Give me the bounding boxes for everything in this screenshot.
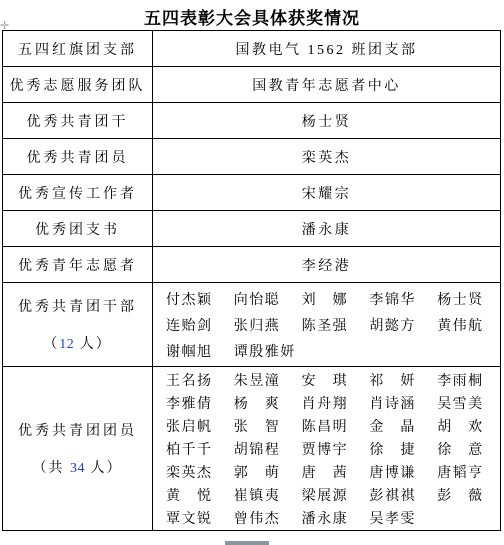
award-table: 五四红旗团支部 国教电气 1562 班团支部 优秀志愿服务团队 国教青年志愿者中… bbox=[2, 30, 501, 531]
name-line: 张启帆张 智陈昌明金 晶胡 欢 bbox=[159, 414, 498, 437]
awardee-name: 梁展源 bbox=[295, 485, 363, 505]
awardee-name: 唐韬亨 bbox=[430, 462, 498, 482]
table-row: 优秀团支书 潘永康 bbox=[3, 211, 501, 247]
awardee-name: 张归燕 bbox=[227, 315, 295, 335]
award-winner: 李经港 bbox=[153, 247, 501, 283]
awardee-name: 郭 萌 bbox=[227, 462, 295, 482]
award-winner: 栾英杰 bbox=[153, 139, 501, 175]
scrollbar-fragment[interactable] bbox=[225, 541, 269, 545]
table-row: 优秀宣传工作者 宋耀宗 bbox=[3, 175, 501, 211]
awardee-name: 胡锦程 bbox=[227, 439, 295, 459]
awardee-name: 金 晶 bbox=[362, 416, 430, 436]
awardee-name: 胡懿方 bbox=[362, 315, 430, 335]
name-line: 连贻剑张归燕陈圣强胡懿方黄伟航 bbox=[159, 312, 498, 338]
count-number: 12 bbox=[59, 337, 74, 352]
award-category: 优秀宣传工作者 bbox=[3, 175, 153, 211]
awardee-name: 潘永康 bbox=[295, 508, 363, 528]
awardee-name: 曾伟杰 bbox=[227, 508, 295, 528]
award-category-group: 优秀共青团团员 （共 34 人） bbox=[3, 367, 153, 531]
name-line: 覃文锐曾伟杰潘永康吴孝雯 bbox=[159, 506, 498, 529]
award-category-group: 优秀共青团干部 （12 人） bbox=[3, 283, 153, 367]
awardee-name: 彭祺祺 bbox=[362, 485, 430, 505]
award-category: 优秀共青团干 bbox=[3, 103, 153, 139]
award-category: 优秀志愿服务团队 bbox=[3, 67, 153, 103]
name-line: 黄 悦崔镇夷梁展源彭祺祺彭 薇 bbox=[159, 483, 498, 506]
awardee-name: 陈圣强 bbox=[295, 315, 363, 335]
award-count: （12 人） bbox=[43, 333, 112, 353]
awardee-name: 谭殷雅妍 bbox=[227, 341, 295, 361]
awardee-name: 柏千千 bbox=[159, 439, 227, 459]
awardee-name: 李锦华 bbox=[362, 289, 430, 309]
name-line: 王名扬朱昱潼安 琪祁 妍李雨桐 bbox=[159, 368, 498, 391]
awardee-name: 黄伟航 bbox=[430, 315, 498, 335]
awardee-name: 杨士贤 bbox=[430, 289, 498, 309]
awardee-name: 朱昱潼 bbox=[227, 370, 295, 390]
awardee-name: 张 智 bbox=[227, 416, 295, 436]
awardee-name-list: 付杰颖向怡聪刘 娜李锦华杨士贤连贻剑张归燕陈圣强胡懿方黄伟航谢帼旭谭殷雅妍 bbox=[153, 283, 501, 367]
awardee-name: 唐博谦 bbox=[362, 462, 430, 482]
document-page: ✛ 五四表彰大会具体获奖情况 五四红旗团支部 国教电气 1562 班团支部 优秀… bbox=[0, 0, 504, 545]
awardee-name-list: 王名扬朱昱潼安 琪祁 妍李雨桐李雅倩杨 爽肖舟翔肖诗涵吴雪美张启帆张 智陈昌明金… bbox=[153, 367, 501, 531]
count-suffix: 人） bbox=[74, 337, 112, 352]
award-category: 优秀共青团团员 bbox=[18, 420, 137, 440]
awardee-name: 唐 茜 bbox=[295, 462, 363, 482]
count-prefix: （ bbox=[43, 337, 59, 352]
awardee-name: 陈昌明 bbox=[295, 416, 363, 436]
awardee-name: 徐 捷 bbox=[362, 439, 430, 459]
awardee-name: 杨 爽 bbox=[227, 393, 295, 413]
award-category: 优秀青年志愿者 bbox=[3, 247, 153, 283]
table-row-group: 优秀共青团团员 （共 34 人） 王名扬朱昱潼安 琪祁 妍李雨桐李雅倩杨 爽肖舟… bbox=[3, 367, 501, 531]
table-row: 优秀共青团干 杨士贤 bbox=[3, 103, 501, 139]
award-winner: 国教电气 1562 班团支部 bbox=[153, 31, 501, 67]
awardee-name: 吴孝雯 bbox=[362, 508, 430, 528]
awardee-name: 肖舟翔 bbox=[295, 393, 363, 413]
table-row: 五四红旗团支部 国教电气 1562 班团支部 bbox=[3, 31, 501, 67]
awardee-name: 胡 欢 bbox=[430, 416, 498, 436]
table-row: 优秀共青团员 栾英杰 bbox=[3, 139, 501, 175]
name-line: 付杰颖向怡聪刘 娜李锦华杨士贤 bbox=[159, 286, 498, 312]
awardee-name: 栾英杰 bbox=[159, 462, 227, 482]
award-winner: 杨士贤 bbox=[153, 103, 501, 139]
awardee-name: 张启帆 bbox=[159, 416, 227, 436]
awardee-name: 付杰颖 bbox=[159, 289, 227, 309]
move-cursor-icon: ✛ bbox=[0, 20, 9, 31]
awardee-name: 安 琪 bbox=[295, 370, 363, 390]
awardee-name: 徐 意 bbox=[430, 439, 498, 459]
table-row-group: 优秀共青团干部 （12 人） 付杰颖向怡聪刘 娜李锦华杨士贤连贻剑张归燕陈圣强胡… bbox=[3, 283, 501, 367]
award-count: （共 34 人） bbox=[33, 457, 123, 477]
awardee-name: 覃文锐 bbox=[159, 508, 227, 528]
count-prefix: （共 bbox=[33, 461, 71, 476]
award-category: 五四红旗团支部 bbox=[3, 31, 153, 67]
awardee-name: 彭 薇 bbox=[430, 485, 498, 505]
award-winner: 宋耀宗 bbox=[153, 175, 501, 211]
award-category: 优秀团支书 bbox=[3, 211, 153, 247]
award-category: 优秀共青团干部 bbox=[18, 296, 137, 316]
count-suffix: 人） bbox=[85, 461, 123, 476]
awardee-name: 肖诗涵 bbox=[362, 393, 430, 413]
awardee-name: 祁 妍 bbox=[362, 370, 430, 390]
awardee-name: 王名扬 bbox=[159, 370, 227, 390]
award-winner: 潘永康 bbox=[153, 211, 501, 247]
table-row: 优秀青年志愿者 李经港 bbox=[3, 247, 501, 283]
awardee-name: 李雨桐 bbox=[430, 370, 498, 390]
count-number: 34 bbox=[70, 461, 85, 476]
awardee-name: 吴雪美 bbox=[430, 393, 498, 413]
awardee-name: 李雅倩 bbox=[159, 393, 227, 413]
awardee-name: 贾博宇 bbox=[295, 439, 363, 459]
name-line: 栾英杰郭 萌唐 茜唐博谦唐韬亨 bbox=[159, 460, 498, 483]
award-category: 优秀共青团员 bbox=[3, 139, 153, 175]
awardee-name: 向怡聪 bbox=[227, 289, 295, 309]
awardee-name: 黄 悦 bbox=[159, 485, 227, 505]
name-line: 柏千千胡锦程贾博宇徐 捷徐 意 bbox=[159, 437, 498, 460]
page-title: 五四表彰大会具体获奖情况 bbox=[0, 0, 504, 30]
award-winner: 国教青年志愿者中心 bbox=[153, 67, 501, 103]
awardee-name: 崔镇夷 bbox=[227, 485, 295, 505]
name-line: 谢帼旭谭殷雅妍 bbox=[159, 338, 498, 364]
awardee-name: 连贻剑 bbox=[159, 315, 227, 335]
name-line: 李雅倩杨 爽肖舟翔肖诗涵吴雪美 bbox=[159, 391, 498, 414]
awardee-name: 刘 娜 bbox=[295, 289, 363, 309]
table-row: 优秀志愿服务团队 国教青年志愿者中心 bbox=[3, 67, 501, 103]
awardee-name: 谢帼旭 bbox=[159, 341, 227, 361]
